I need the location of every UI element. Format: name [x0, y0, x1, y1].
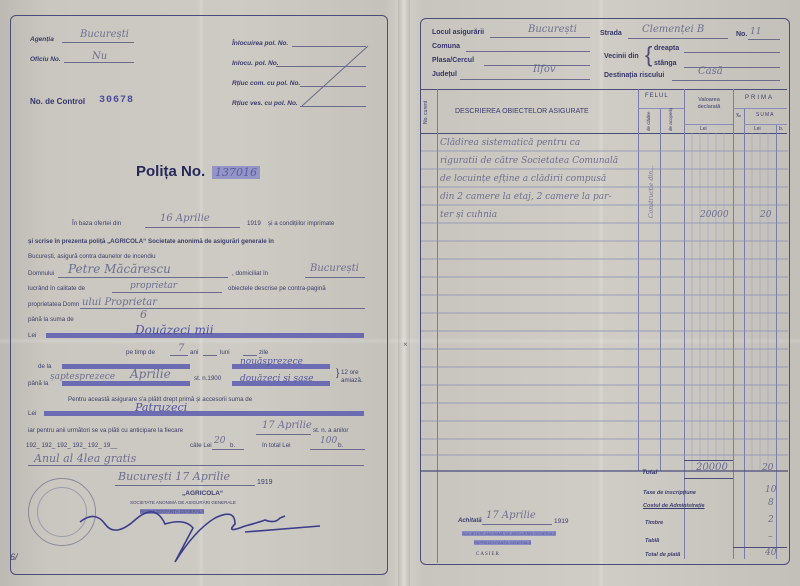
tabla-label: Tablă [645, 538, 659, 544]
tabla-value: – [768, 532, 773, 542]
risk-destination-line [672, 80, 780, 81]
offer-year: 1919 [247, 220, 261, 227]
style-label: st. n.1900 [194, 375, 221, 382]
header-sum-b: b. [779, 126, 783, 132]
strike-diagonal-icon [300, 44, 370, 108]
street-value: Clemenței B [642, 24, 704, 35]
row-premium-sum: 20 [760, 210, 771, 220]
sum-words: Douăzeci mii [135, 323, 214, 337]
to-label: până la [28, 380, 48, 387]
objects-described-label: obiectele descrise pe contra-pagină [228, 285, 326, 292]
stamps-value: 2 [768, 515, 774, 525]
total-value: 100 [320, 436, 337, 446]
offer-date-value: 16 Aprilie [160, 213, 210, 224]
from-year-words: nouăsprezece [240, 357, 303, 367]
ref-label: Rțiuc com. cu pol. No. [232, 80, 300, 87]
header-value-lei: Lei [700, 126, 707, 132]
admin-cost-value: 8 [768, 498, 774, 508]
annual-clause: iar pentru anii următori se va plăti cu … [28, 427, 183, 434]
place-date-line [115, 485, 255, 486]
header-divider [638, 108, 684, 109]
paid-year: 1919 [554, 518, 568, 525]
each-value: 20 [214, 436, 225, 446]
offer-date-prefix: În baza ofertei din [72, 220, 121, 227]
policy-title-label: Polița No. [136, 163, 205, 180]
risk-destination-value: Casă [698, 66, 723, 77]
total-premium: 20 [762, 463, 773, 473]
header-description: DESCRIEREA OBIECTELOR ASIGURATE [455, 108, 589, 115]
insured-name: Petre Măcărescu [68, 262, 171, 276]
receipt-stamp-line1: SOCIETATE ANONIMĂ DE ASIGURĂRI GENERALE [462, 531, 556, 536]
stamps-label: Timbre [645, 520, 663, 526]
header-declared-value: Valoarea declarată [688, 97, 730, 111]
period-years: 7 [178, 343, 184, 354]
premium-words: Patruzeci [135, 401, 187, 414]
location-label: Locul asigurării [432, 29, 484, 36]
premium-lei-label: Lei [28, 410, 36, 417]
offer-suffix: și a condițiilor imprimate [268, 220, 334, 227]
owner-label: proprietatea Domn [28, 301, 79, 308]
district-label: Plasa/Cercul [432, 57, 474, 64]
ref-label: Inlocu. pol. No. [232, 60, 279, 67]
company-clause: și scrise în prezenta poliță „AGRICOLA“ … [28, 238, 274, 245]
capacity-line [112, 292, 222, 293]
receipt-stamp-line2: REPREZENTANȚA GENERALĂ [474, 540, 531, 545]
office-label: Oficiu No. [30, 56, 61, 63]
policy-number: 137016 [212, 166, 260, 179]
agency-value: București [80, 29, 129, 40]
months-label: luni [220, 349, 230, 356]
company-stamp-title: „AGRICOLA“ [182, 490, 223, 497]
left-neighbor-label: stânga [654, 60, 677, 67]
table-row: ter și cuhnia [440, 210, 497, 220]
grand-total-top [733, 547, 787, 548]
cashier-label: CASIER [476, 552, 500, 557]
control-number-value: 30678 [99, 95, 134, 106]
admin-cost-label: Costul de Administrație [643, 503, 705, 509]
noon-label-2: amiază. [341, 377, 363, 384]
header-divider [744, 124, 787, 125]
total-value: 20000 [696, 462, 728, 473]
each-label: câte Lei [190, 442, 212, 449]
brace-icon: { [645, 42, 652, 68]
annual-suffix: st. n. a anilor [313, 427, 348, 434]
each-line [212, 449, 244, 450]
lei-label: Lei [28, 332, 36, 339]
header-rate: ‰ [736, 113, 741, 119]
street-number-value: 11 [750, 27, 761, 37]
office-value: Nu [92, 51, 107, 62]
paid-date-line [482, 524, 552, 525]
paid-label: Achitată [458, 518, 482, 524]
grand-total-label: Total de plată [645, 552, 680, 558]
header-type: FELUL [645, 93, 669, 99]
header-divider [733, 108, 787, 109]
registration-fee-label: Taxe de inscripțiune [643, 490, 696, 496]
from-label: de la [38, 363, 51, 370]
total-box-bottom [684, 478, 733, 479]
total-label: în total Lei [262, 442, 291, 449]
from-month: Aprilie [130, 367, 171, 381]
page-mark: 6/ [10, 552, 18, 562]
header-premium: PRIMA [745, 95, 774, 101]
header-divider [684, 124, 733, 125]
center-fold [398, 0, 410, 586]
ref-label: Rțiuc ves. cu pol. No. [232, 100, 298, 107]
annual-date: 17 Aprilie [262, 420, 312, 431]
right-neighbor-label: dreapta [654, 45, 679, 52]
domicile-value: București [310, 263, 359, 274]
total-line [310, 449, 365, 450]
county-value: Ilfov [533, 64, 556, 75]
brace-icon: } [336, 368, 339, 379]
grand-total-value: 40 [765, 548, 776, 558]
months-line [203, 355, 217, 356]
each-unit: b. [230, 442, 235, 449]
street-number-label: No. [736, 31, 747, 38]
insured-line [58, 277, 228, 278]
years-line [170, 355, 188, 356]
county-label: Județul [432, 71, 457, 78]
street-number-line [748, 39, 780, 40]
table-row: de locuințe efține a clădirii compusă [440, 174, 606, 184]
control-number-label: No. de Control [30, 97, 85, 106]
domicile-line [305, 277, 365, 278]
office-line [64, 62, 134, 63]
years-label: ani [190, 349, 198, 356]
fire-insurance-clause: București, asigură contra daunelor de in… [28, 253, 156, 260]
domicile-label: , domiciliat în [232, 270, 268, 277]
insured-prefix: Domnului [28, 270, 54, 277]
table-row-lines [421, 133, 788, 473]
county-line [460, 79, 590, 80]
location-line [490, 37, 590, 38]
total-unit: b. [338, 442, 343, 449]
days-line [243, 355, 257, 356]
header-sum: SUMA [756, 112, 774, 118]
commune-line [466, 51, 590, 52]
place-date: București 17 Aprilie [118, 470, 230, 483]
to-year-words: douăzeci și șase [240, 374, 313, 384]
ref-label: Înlocuirea pol. No. [232, 40, 288, 47]
sum-mark: 6 [140, 308, 147, 321]
table-row: din 2 camere la etaj, 2 camere la par- [440, 192, 611, 202]
street-line [628, 38, 728, 39]
capacity-label: lucrând în calitate de [28, 285, 85, 292]
construction-note: Construcție din... [648, 165, 655, 218]
paid-date: 17 Aprilie [486, 510, 536, 521]
table-row: Clădirea sistematică pentru ca [440, 138, 580, 148]
table-row: riguratii de către Societatea Comunală [440, 156, 618, 166]
owner-value: ului Proprietar [82, 297, 157, 308]
risk-destination-label: Destinația riscului [604, 72, 664, 79]
header-type-roof: de acoperiș [668, 108, 673, 131]
header-type-building: de clădire [646, 111, 651, 131]
signature-icon [75, 500, 325, 570]
handwritten-note: Anul al 4lea gratis [34, 452, 136, 465]
row-declared-value: 20000 [700, 210, 729, 220]
neighbors-label: Vecinii din [604, 53, 639, 60]
note-line [28, 465, 364, 466]
period-label: pe timp de [126, 349, 155, 356]
cross-mark-icon: × [403, 340, 408, 349]
premium-bar [44, 411, 364, 416]
sum-label: până la suma de [28, 316, 74, 323]
agency-label: Agenția [30, 36, 54, 43]
days-label: zile [259, 349, 268, 356]
place-year: 1919 [257, 479, 273, 486]
offer-date-line [145, 227, 240, 228]
noon-label: 12 ore [341, 369, 359, 376]
registration-fee-value: 10 [765, 485, 776, 495]
location-value: București [528, 24, 577, 35]
right-neighbor-line [684, 52, 780, 53]
capacity-value: proprietar [130, 281, 177, 291]
annual-date-line [256, 434, 311, 435]
payment-years: 192_ 192_ 192_ 192_ 192_ 19__ [26, 442, 117, 449]
header-sum-lei: Lei [754, 126, 761, 132]
street-label: Strada [600, 30, 622, 37]
total-box-top [684, 460, 733, 461]
insurance-policy-spread: Agenția București Oficiu No. Nu No. de C… [0, 0, 800, 586]
header-current-no: No. curent [423, 101, 429, 124]
owner-line [80, 308, 365, 309]
commune-label: Comuna [432, 43, 460, 50]
agency-line [62, 42, 134, 43]
total-label: Total [642, 469, 657, 476]
to-bar [62, 381, 190, 386]
